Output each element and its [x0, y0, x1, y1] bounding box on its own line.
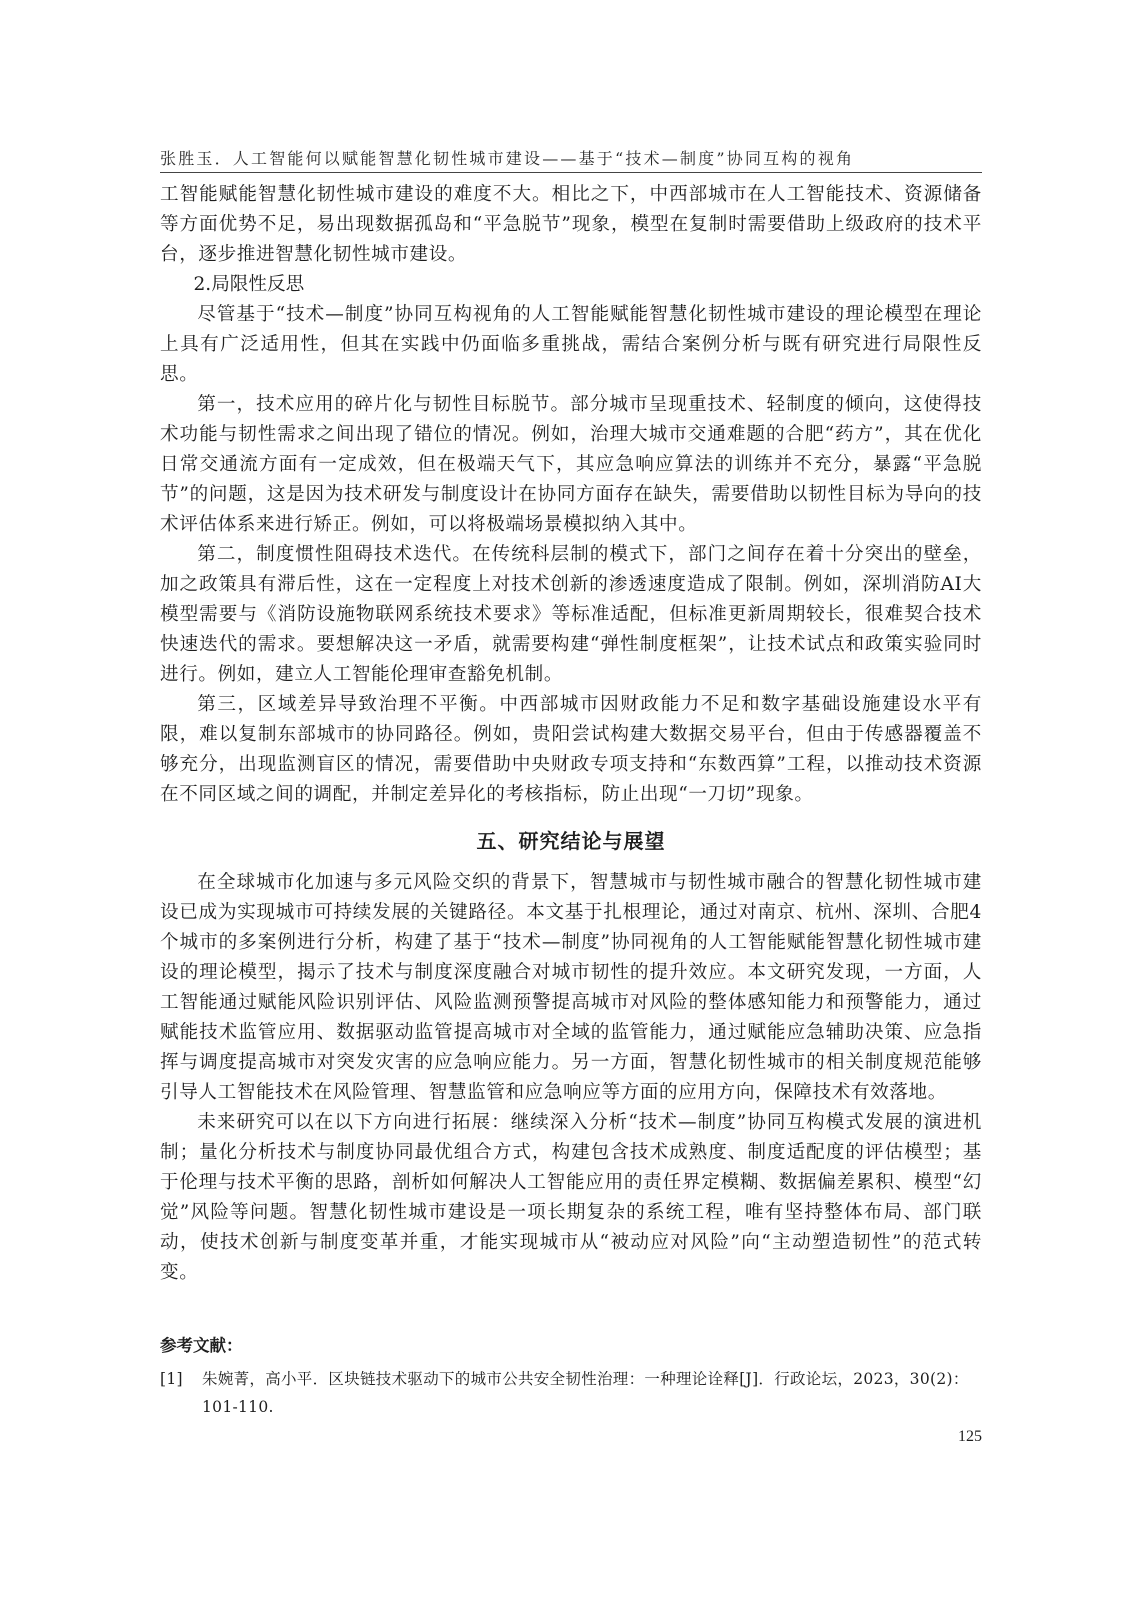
paragraph-continuation: 工智能赋能智慧化韧性城市建设的难度不大。相比之下，中西部城市在人工智能技术、资源… — [160, 180, 982, 270]
reference-number: [1] — [160, 1365, 202, 1421]
header-rule — [160, 172, 982, 173]
body-text: 工智能赋能智慧化韧性城市建设的难度不大。相比之下，中西部城市在人工智能技术、资源… — [160, 180, 982, 1288]
references-title: 参考文献： — [160, 1333, 982, 1359]
paragraph-future-research: 未来研究可以在以下方向进行拓展：继续深入分析“技术—制度”协同互构模式发展的演进… — [160, 1108, 982, 1288]
reference-text: 朱婉菁，高小平．区块链技术驱动下的城市公共安全韧性治理：一种理论诠释[J]．行政… — [202, 1365, 982, 1421]
paragraph-second-limitation: 第二，制度惯性阻碍技术迭代。在传统科层制的模式下，部门之间存在着十分突出的壁垒，… — [160, 540, 982, 690]
paragraph-third-limitation: 第三，区域差异导致治理不平衡。中西部城市因财政能力不足和数字基础设施建设水平有限… — [160, 690, 982, 810]
paragraph-conclusion: 在全球城市化加速与多元风险交织的背景下，智慧城市与韧性城市融合的智慧化韧性城市建… — [160, 868, 982, 1108]
reference-item: [1] 朱婉菁，高小平．区块链技术驱动下的城市公共安全韧性治理：一种理论诠释[J… — [160, 1365, 982, 1421]
running-head: 张胜玉．人工智能何以赋能智慧化韧性城市建设——基于“技术—制度”协同互构的视角 — [160, 146, 982, 169]
subheading-limitations: 2.局限性反思 — [160, 270, 982, 300]
section-title-conclusion: 五、研究结论与展望 — [160, 826, 982, 856]
paragraph-limitations-intro: 尽管基于“技术—制度”协同互构视角的人工智能赋能智慧化韧性城市建设的理论模型在理… — [160, 300, 982, 390]
paragraph-first-limitation: 第一，技术应用的碎片化与韧性目标脱节。部分城市呈现重技术、轻制度的倾向，这使得技… — [160, 390, 982, 540]
page-number: 125 — [958, 1428, 982, 1446]
references: 参考文献： [1] 朱婉菁，高小平．区块链技术驱动下的城市公共安全韧性治理：一种… — [160, 1333, 982, 1421]
